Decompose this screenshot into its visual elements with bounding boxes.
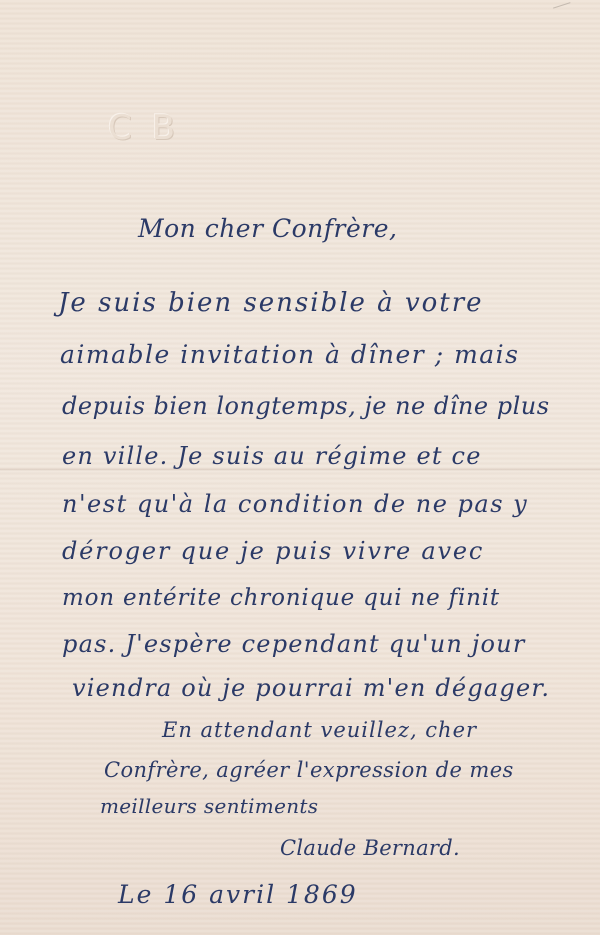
letter-page: CB Mon cher Confrère, Je suis bien sensi…	[0, 0, 600, 935]
body-line-2: aimable invitation à dîner ; mais	[60, 340, 520, 369]
closing-line-1: En attendant veuillez, cher	[162, 718, 477, 742]
body-line-9: viendra où je pourrai m'en dégager.	[72, 674, 550, 702]
closing-line-2: Confrère, agréer l'expression de mes	[104, 758, 514, 782]
body-line-5: n'est qu'à la condition de ne pas y	[62, 490, 528, 518]
body-line-3: depuis bien longtemps, je ne dîne plus	[62, 392, 550, 420]
body-line-6: déroger que je puis vivre avec	[62, 537, 484, 565]
body-line-1: Je suis bien sensible à votre	[58, 288, 484, 318]
body-line-8: pas. J'espère cependant qu'un jour	[62, 630, 526, 658]
closing-line-3: meilleurs sentiments	[100, 794, 318, 818]
corner-pencil-mark	[552, 0, 571, 9]
signature: Claude Bernard.	[280, 836, 460, 860]
body-line-4: en ville. Je suis au régime et ce	[62, 442, 482, 470]
embossed-monogram: CB	[108, 108, 195, 148]
salutation: Mon cher Confrère,	[138, 214, 397, 243]
body-line-7: mon entérite chronique qui ne finit	[62, 585, 500, 611]
letter-date: Le 16 avril 1869	[118, 880, 358, 909]
